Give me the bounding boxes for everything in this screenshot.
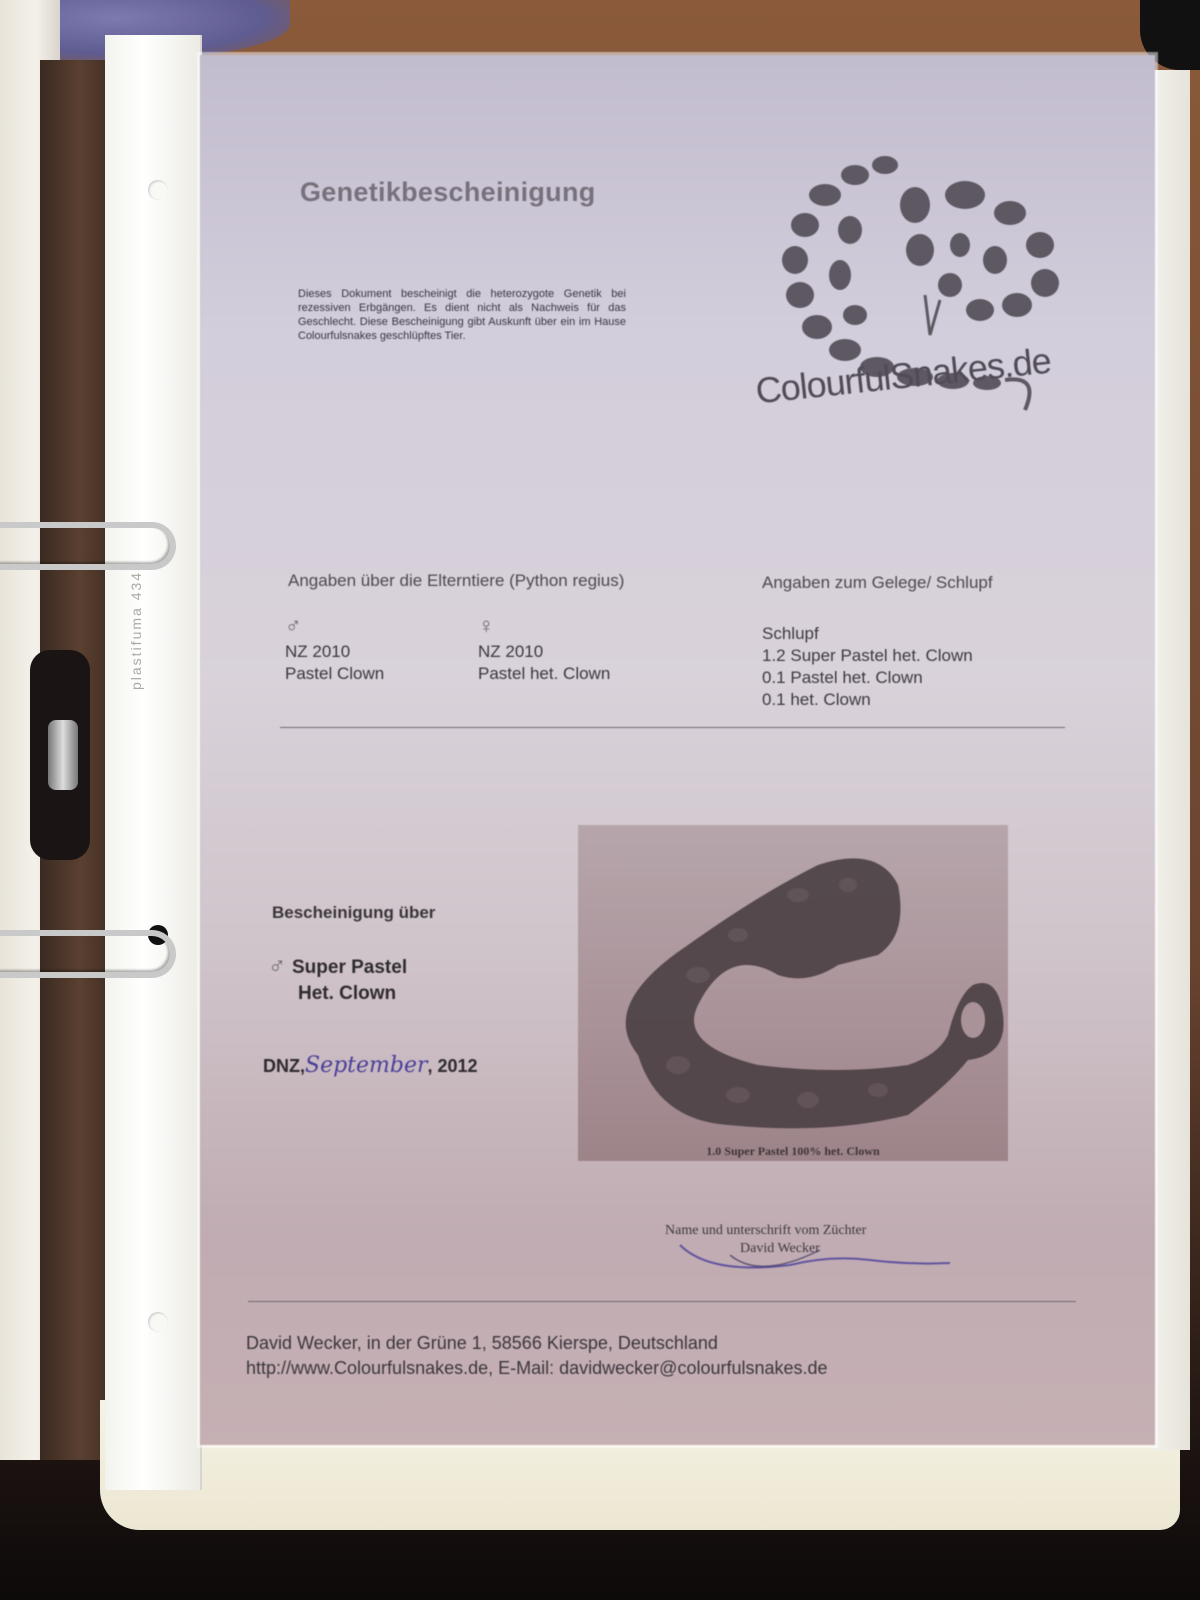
- sheet-edge: [1150, 70, 1190, 1450]
- clutch-item: 0.1 het. Clown: [762, 689, 973, 711]
- genetics-certificate: Genetikbescheinigung Dieses Dokument bes…: [200, 55, 1155, 1445]
- male-symbol-icon: ♂: [285, 615, 384, 641]
- parent-female-morph: Pastel het. Clown: [478, 663, 610, 685]
- sheet-protector-strip: [105, 35, 202, 1490]
- certified-morph-line1: Super Pastel: [292, 957, 407, 978]
- certified-animal: ♂Super Pastel Het. Clown: [268, 953, 407, 1007]
- date-handwritten-month: September: [305, 1053, 428, 1078]
- binder-ring: [0, 930, 176, 978]
- male-symbol-icon: ♂: [268, 952, 286, 979]
- parent-male: ♂ NZ 2010 Pastel Clown: [285, 615, 384, 685]
- clutch-item: 1.2 Super Pastel het. Clown: [762, 645, 973, 667]
- divider: [248, 1301, 1076, 1302]
- snake-image-icon: [578, 825, 1008, 1161]
- certificate-heading: Bescheinigung über: [272, 903, 435, 923]
- clutch-subheading: Schlupf: [762, 623, 973, 645]
- ring-mechanism: [30, 650, 90, 860]
- punch-hole: [148, 180, 168, 200]
- parent-male-morph: Pastel Clown: [285, 663, 384, 685]
- parent-female: ♀ NZ 2010 Pastel het. Clown: [478, 615, 610, 685]
- parent-male-year: NZ 2010: [285, 641, 384, 663]
- parents-heading: Angaben über die Elterntiere (Python reg…: [288, 571, 624, 591]
- hatch-date: DNZ,September, 2012: [263, 1053, 478, 1078]
- footer-contact: http://www.Colourfulsnakes.de, E-Mail: d…: [246, 1356, 828, 1381]
- clutch-item: 0.1 Pastel het. Clown: [762, 667, 973, 689]
- document-title: Genetikbescheinigung: [300, 177, 596, 208]
- footer-address: David Wecker, in der Grüne 1, 58566 Kier…: [246, 1331, 828, 1356]
- photo-caption: 1.0 Super Pastel 100% het. Clown: [578, 1144, 1008, 1159]
- female-symbol-icon: ♀: [478, 615, 610, 641]
- parent-female-year: NZ 2010: [478, 641, 610, 663]
- clutch-details: Schlupf 1.2 Super Pastel het. Clown 0.1 …: [762, 623, 973, 711]
- footer: David Wecker, in der Grüne 1, 58566 Kier…: [246, 1331, 828, 1381]
- date-prefix: DNZ,: [263, 1056, 305, 1076]
- snake-photo: 1.0 Super Pastel 100% het. Clown: [578, 825, 1008, 1161]
- strip-imprint: plastifuma 4345: [128, 561, 144, 690]
- intro-text: Dieses Dokument bescheinigt die heterozy…: [298, 287, 626, 343]
- date-year: , 2012: [428, 1056, 478, 1076]
- certified-morph-line2: Het. Clown: [268, 981, 407, 1007]
- clutch-heading: Angaben zum Gelege/ Schlupf: [762, 573, 993, 593]
- binder-lever: [48, 720, 78, 790]
- divider: [280, 727, 1065, 728]
- signature-scribble-icon: [670, 1235, 960, 1285]
- punch-hole: [148, 1312, 168, 1332]
- binder-ring: [0, 522, 176, 570]
